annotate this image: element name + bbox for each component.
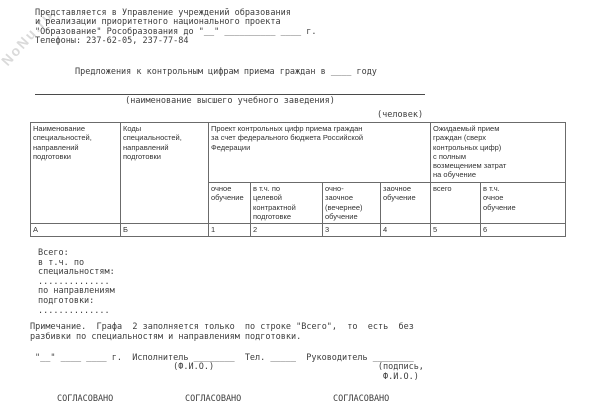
approval-stamp-1: СОГЛАСОВАНО <box>57 395 113 404</box>
index-cell-6: 6 <box>481 224 566 237</box>
form-document: { "watermark": "NoNu.ru", "header_note":… <box>0 0 600 420</box>
index-cell-1: 1 <box>209 224 251 237</box>
totals-block: Всего: в т.ч. по специальностям: .......… <box>38 249 115 316</box>
index-cell-a: А <box>31 224 121 237</box>
index-cell-4: 4 <box>381 224 431 237</box>
signature-block: "__" ____ ____ г. Исполнитель ________ Т… <box>35 354 424 382</box>
table-header-row: Наименование специальностей, направлений… <box>31 123 566 183</box>
note-paragraph: Примечание. Графа 2 заполняется только п… <box>30 323 414 342</box>
institution-caption: (наименование высшего учебного заведения… <box>35 97 425 106</box>
subheader-fulltime: очное обучение <box>209 183 251 224</box>
approval-stamp-2: СОГЛАСОВАНО <box>185 395 241 404</box>
header-group-paid: Ожидаемый прием граждан (сверх контрольн… <box>431 123 566 183</box>
subheader-evening: очно- заочное (вечернее) обучение <box>323 183 381 224</box>
page-title: Предложения к контрольным цифрам приема … <box>75 68 377 77</box>
index-cell-5: 5 <box>431 224 481 237</box>
header-group-budget: Проект контрольных цифр приема граждан з… <box>209 123 431 183</box>
index-cell-3: 3 <box>323 224 381 237</box>
subheader-total: всего <box>431 183 481 224</box>
index-cell-2: 2 <box>251 224 323 237</box>
routing-note: Представляется в Управление учреждений о… <box>35 9 316 47</box>
institution-blank-line <box>35 94 425 95</box>
approval-stamp-3: СОГЛАСОВАНО <box>333 395 389 404</box>
subheader-correspondence: заочное обучение <box>381 183 431 224</box>
subheader-contract: в т.ч. по целевой контрактной подготовке <box>251 183 323 224</box>
header-specialty-codes: Коды специальностей, направлений подгото… <box>121 123 209 224</box>
subheader-paid-fulltime: в т.ч. очное обучение <box>481 183 566 224</box>
table-index-row: А Б 1 2 3 4 5 6 <box>31 224 566 237</box>
header-specialty-names: Наименование специальностей, направлений… <box>31 123 121 224</box>
index-cell-b: Б <box>121 224 209 237</box>
unit-caption: (человек) <box>377 111 423 120</box>
admission-figures-table: Наименование специальностей, направлений… <box>30 122 566 237</box>
